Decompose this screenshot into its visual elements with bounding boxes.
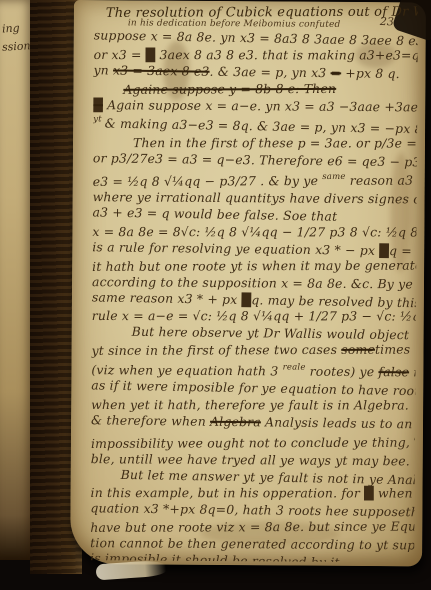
manuscript-line: it hath but one roote yt is when it may …: [92, 257, 416, 275]
line-segment: rule failes: [409, 364, 418, 379]
line-segment: (viz when ye equation hath 3: [91, 362, 282, 378]
line-segment: yt: [93, 115, 105, 125]
line-segment: a3 + e3 = q would bee false. Soe that: [92, 204, 337, 223]
line-segment: times: [375, 342, 410, 357]
line-segment: Againe suppose y = 8b 8 e: Then: [123, 81, 336, 97]
manuscript-scan: ing ssion 23 The resolution of Cubick eq…: [0, 0, 431, 590]
manuscript-line: have but one roote viz x = 8a 8e. but si…: [90, 519, 414, 537]
line-segment: it hath but one roote yt is when it may …: [92, 257, 418, 273]
line-segment: e3 = ½q 8 √¼qq − p3/27 . & by ye: [93, 173, 323, 189]
line-segment: x3 = 3aex 8 e3: [113, 62, 210, 78]
line-segment: or p3/27e3 = a3 = q−e3. Therefore e6 = q…: [93, 150, 418, 169]
line-segment: quation x3 *+px 8q=0, hath 3 roots hee s…: [90, 501, 418, 521]
manuscript-line: Againe suppose y = 8b 8 e: Then: [93, 80, 417, 98]
line-segment: yn: [93, 62, 113, 77]
line-segment: same: [322, 172, 345, 182]
line-segment: in this example, but in his opperation. …: [91, 486, 418, 502]
line-segment: according to the supposition x = 8a 8e. …: [92, 274, 413, 291]
manuscript-line: yn x3 = 3aex 8 e3. & 3ae = p, yn x3 = +p…: [93, 62, 417, 83]
line-segment: Analysis leads us to an: [261, 414, 413, 431]
line-segment: or x3 = █ 3aex 8 a3 8 e3. that is making…: [94, 47, 418, 62]
line-segment: █: [93, 97, 103, 112]
manuscript-line: e3 = ½q 8 √¼qq − p3/27 . & by ye same re…: [93, 169, 417, 191]
line-segment: yt since in the first of these two cases: [92, 342, 342, 358]
line-segment: =: [330, 65, 341, 80]
manuscript-line: x = 8a 8e = 8√c: ½q 8 √¼qq − 1/27 p3 8 √…: [92, 224, 416, 241]
page-under-edge: [96, 560, 167, 581]
manuscript-line: or x3 = █ 3aex 8 a3 8 e3. that is making…: [94, 47, 418, 64]
line-segment: & therefore when: [91, 412, 210, 428]
line-segment: some: [341, 342, 375, 357]
line-segment: & making a3−e3 = 8q. & 3ae = p, yn x3 = …: [105, 116, 418, 137]
line-segment: Algebra: [210, 414, 261, 430]
line-segment: x = 8a 8e = 8√c: ½q 8 √¼qq − 1/27 p3 8 √…: [92, 224, 418, 240]
line-segment: when yet it hath, therefore ye fault is …: [91, 397, 409, 412]
line-segment: rule x = a−e = √c: ½q 8 √¼qq + 1/27 p3 −…: [92, 308, 418, 324]
line-segment: reale: [283, 363, 306, 373]
line-segment: rootes) ye: [306, 364, 379, 380]
line-segment: false: [378, 364, 409, 379]
line-segment: is a rule for resolving ye equation x3 *…: [92, 239, 418, 259]
binding-strip: ing ssion: [0, 0, 34, 560]
line-segment: +px 8 q.: [341, 65, 400, 81]
manuscript-page: 23 The resolution of Cubick equations ou…: [70, 0, 426, 566]
line-segment: . & 3ae = p, yn x3: [209, 63, 330, 80]
line-segment: reason a3 = ½q 8 √¼qq−p3/27: [346, 172, 418, 188]
line-segment: suppose x = 8a 8e. yn x3 = 8a3 8 3aae 8 …: [94, 27, 418, 48]
line-segment: have but one roote viz x = 8a 8e. but si…: [90, 519, 418, 535]
binding-fragment: ssion: [2, 39, 31, 53]
binding-fragment: ing: [2, 22, 20, 36]
line-segment: ble, untill wee have tryed all ye ways y…: [91, 451, 410, 468]
line-segment: Then in the first of these p = 3ae. or p…: [133, 135, 418, 150]
manuscript-line: impossibility wee ought not to conclude …: [91, 430, 415, 452]
manuscript-body: The resolution of Cubick equations out o…: [90, 4, 418, 562]
line-segment: impossibility wee ought not to conclude …: [91, 434, 414, 450]
line-segment: absolutely: [414, 433, 418, 443]
line-segment: But here observe yt Dr Wallis would obje…: [132, 324, 410, 342]
manuscript-line: yt since in the first of these two cases…: [92, 342, 416, 360]
manuscript-line: when yet it hath, therefore ye fault is …: [91, 397, 415, 414]
